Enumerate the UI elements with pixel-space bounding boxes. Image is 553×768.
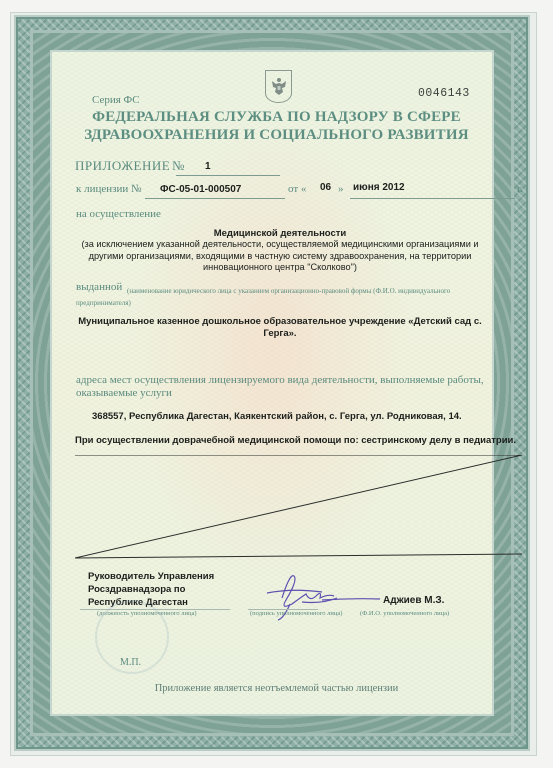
address-label: адреса мест осуществления лицензируемого… xyxy=(76,374,521,400)
signature-caption: (подпись уполномоченного лица) xyxy=(250,610,342,617)
organization-name: Муниципальное казенное дошкольное образо… xyxy=(70,316,490,340)
activity-title: Медицинской деятельности xyxy=(40,228,520,239)
address-value: 368557, Республика Дагестан, Каякентский… xyxy=(92,411,462,422)
license-number: ФС-05-01-000507 xyxy=(160,184,241,195)
appendix-number-sign: № xyxy=(172,158,184,174)
license-from-label: от « xyxy=(288,183,306,195)
signatory-role: Руководитель Управления Росздравнадзора … xyxy=(88,570,214,609)
coat-of-arms-icon xyxy=(265,70,292,103)
license-number-line xyxy=(145,198,285,199)
signatory-role-line2: Росздравнадзора по xyxy=(88,583,214,596)
issuer-title-line1: ФЕДЕРАЛЬНАЯ СЛУЖБА ПО НАДЗОРУ В СФЕРЕ xyxy=(0,109,553,126)
appendix-label: ПРИЛОЖЕНИЕ xyxy=(75,158,170,174)
issued-to-caption-cont: предпринимателя) xyxy=(76,299,131,307)
footer-note: Приложение является неотъемлемой частью … xyxy=(0,683,553,694)
series-label: Серия ФС xyxy=(92,94,140,106)
license-month-year: июня 2012 xyxy=(353,182,405,193)
name-caption: (Ф.И.О. уполномоченного лица) xyxy=(360,610,449,617)
license-year-suffix: г. xyxy=(517,183,523,195)
double-headed-eagle-icon xyxy=(269,75,289,99)
signatory-role-line1: Руководитель Управления xyxy=(88,570,214,583)
issued-to-caption: (наименование юридического лица с указан… xyxy=(127,284,517,299)
license-date-line xyxy=(350,198,515,199)
services-text: При осуществлении доврачебной медицинско… xyxy=(75,435,520,447)
appendix-number: 1 xyxy=(205,161,211,172)
license-day-close: » xyxy=(338,183,344,195)
stamp-label: М.П. xyxy=(120,657,141,668)
activity-label: на осуществление xyxy=(76,208,161,220)
appendix-number-line xyxy=(176,175,280,176)
issued-to-label: выданной xyxy=(76,281,122,293)
license-day: 06 xyxy=(320,182,331,193)
license-label: к лицензии № xyxy=(76,183,142,195)
issuer-title-line2: ЗДРАВООХРАНЕНИЯ И СОЦИАЛЬНОГО РАЗВИТИЯ xyxy=(0,127,553,144)
serial-number: 0046143 xyxy=(418,87,470,100)
signatory-name: Аджиев М.З. xyxy=(383,595,444,606)
activity-note: (за исключением указанной деятельности, … xyxy=(70,239,490,274)
